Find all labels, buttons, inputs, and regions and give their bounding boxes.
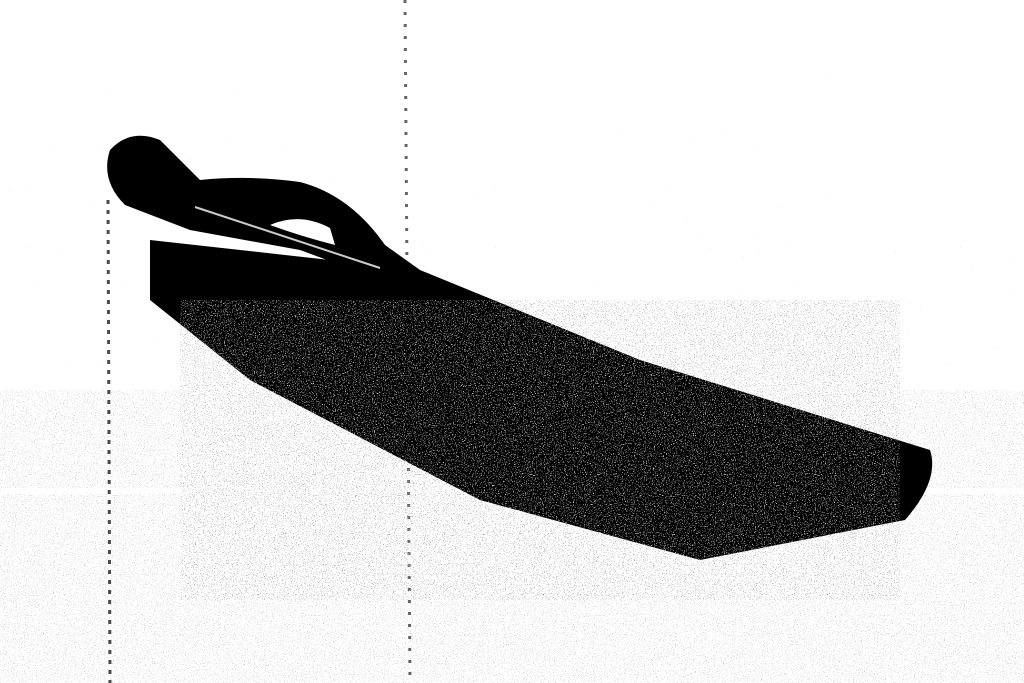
photo xyxy=(0,0,1024,683)
photo-canvas xyxy=(0,0,1024,683)
wall-crack xyxy=(108,200,110,683)
